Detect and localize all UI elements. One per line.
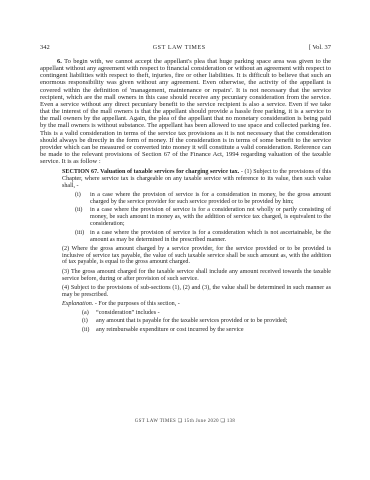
- clause-text: in a case where the provision of service…: [90, 230, 331, 244]
- explanation-line: Explanation. - For the purposes of this …: [62, 301, 331, 308]
- sub-item-i: (i) any amount that is payable for the t…: [82, 318, 331, 325]
- subsection-text: Where the gross amount charged by a serv…: [62, 246, 331, 266]
- clause-marker: (ii): [75, 207, 90, 227]
- explanation-label: Explanation.: [62, 301, 93, 307]
- subsection-text: Subject to the provisions of sub-section…: [62, 285, 331, 298]
- print-footer: GST LAW TIMES ❏ 15th June 2020 ❏ 138: [0, 419, 370, 424]
- section-heading: SECTION 67. Valuation of taxable service…: [62, 169, 239, 175]
- sub-item-ii: (ii) any reimbursable expenditure or cos…: [82, 327, 331, 334]
- page-number: 342: [40, 44, 50, 51]
- clause-i: (i) in a case where the provision of ser…: [75, 192, 331, 206]
- volume-label: [ Vol. 37: [309, 44, 331, 51]
- explanation-text: - For the purposes of this section, -: [93, 301, 180, 307]
- clause-text: in a case where the provision of service…: [90, 192, 331, 206]
- subsection-3: (3) The gross amount charged for the tax…: [62, 269, 331, 283]
- sub-item-text: “consideration” includes -: [96, 310, 331, 317]
- clause-text: in a case where the provision of service…: [90, 207, 331, 227]
- clause-marker: (i): [75, 192, 90, 206]
- section-67-opening: SECTION 67. Valuation of taxable service…: [62, 169, 331, 189]
- clause-iii: (iii) in a case where the provision of s…: [75, 230, 331, 244]
- subsection-text: The gross amount charged for the taxable…: [62, 269, 331, 282]
- paragraph-text: To begin with, we cannot accept the appe…: [40, 58, 331, 165]
- journal-title: GST LAW TIMES: [153, 45, 206, 52]
- sub-item-text: any amount that is payable for the taxab…: [96, 318, 331, 325]
- subsection-2: (2) Where the gross amount charged by a …: [62, 246, 331, 266]
- sub-item-marker: (a): [82, 310, 96, 317]
- paragraph-6: 6. To begin with, we cannot accept the a…: [40, 58, 331, 165]
- sub-item-marker: (ii): [82, 327, 96, 334]
- clause-marker: (iii): [75, 230, 90, 244]
- sub-item-text: any reimbursable expenditure or cost inc…: [96, 327, 331, 334]
- page-content: 342 GST LAW TIMES [ Vol. 37 6. To begin …: [40, 44, 331, 334]
- subsection-4: (4) Subject to the provisions of sub-sec…: [62, 285, 331, 299]
- running-header: 342 GST LAW TIMES [ Vol. 37: [40, 44, 331, 52]
- journal-page: 342 GST LAW TIMES [ Vol. 37 6. To begin …: [0, 0, 370, 480]
- sub-item-a: (a) “consideration” includes -: [82, 310, 331, 317]
- statute-quote-block: SECTION 67. Valuation of taxable service…: [62, 169, 331, 334]
- clause-ii: (ii) in a case where the provision of se…: [75, 207, 331, 227]
- sub-item-marker: (i): [82, 318, 96, 325]
